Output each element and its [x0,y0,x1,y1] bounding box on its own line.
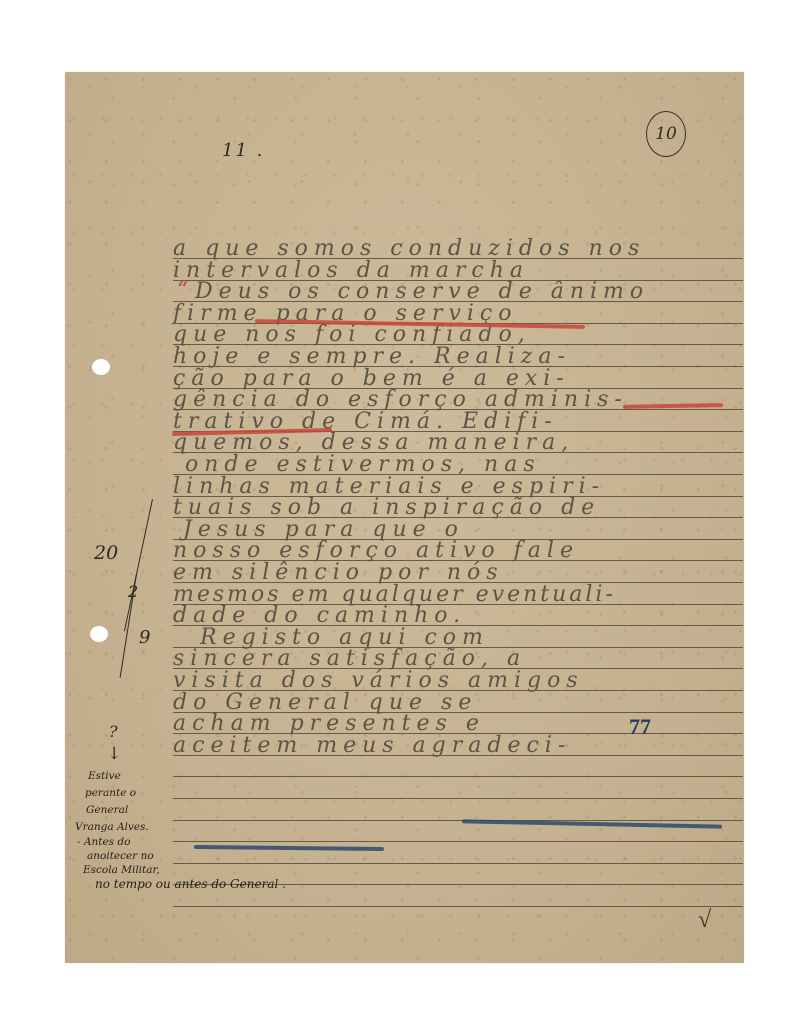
margin-note-line: Escola Militar, [83,863,160,878]
text-line: hoje e sempre. Realiza- [173,346,571,368]
margin-note-line: anoitecer no [87,849,154,864]
red-underline-realiza [623,403,723,409]
text-line: quemos, dessa maneira, [173,432,574,454]
punch-hole-bottom [90,626,108,642]
red-mark: “ [177,278,188,303]
question-mark: ? [109,722,118,741]
margin-note-line: Vranga Alves. [75,820,149,835]
check-mark-icon: √ [698,907,711,934]
text-line: gência do esforço adminis- [173,389,628,411]
text-line: acham presentes e [173,713,485,735]
bracket-line-long [124,499,153,631]
margin-note-line: perante o [85,786,136,801]
folio-number: 10 [655,124,677,144]
text-line: onde estivermos, nas [185,454,541,476]
blue-underline-general [194,845,384,851]
manuscript-page: 11 . 10 [65,72,744,963]
text-line: visita dos vários amigos [173,670,584,692]
date-day: 20 [94,542,118,564]
text-line: aceitem meus agradeci- [173,735,571,757]
text-line: dade do caminho. [173,605,466,627]
margin-note-line: - Antes do [77,835,130,850]
margin-note-line: General [86,803,128,818]
page-number: 11 . [222,140,264,161]
margin-note-line: Estive [88,769,121,784]
text-line: a que somos conduzidos nos [173,238,645,260]
punch-hole-top [92,359,110,375]
blue-mark: 77 [629,714,651,740]
text-line: Deus os conserve de ânimo [195,281,649,303]
date-year: 9 [139,627,150,648]
down-arrow-icon: ↓ [107,744,121,764]
text-line: que nos foi confiado, [173,324,531,346]
folio-number-circled: 10 [646,111,686,157]
text-line: sincera satisfação, a [173,648,526,670]
text-line: em silêncio por nós [173,562,504,584]
text-line: nosso esforço ativo fale [173,540,579,562]
document-viewer: 11 . 10 [0,0,807,1024]
text-line: tuais sob a inspiração de [173,497,600,519]
margin-note-line: no tempo ou antes do General . [95,877,286,892]
